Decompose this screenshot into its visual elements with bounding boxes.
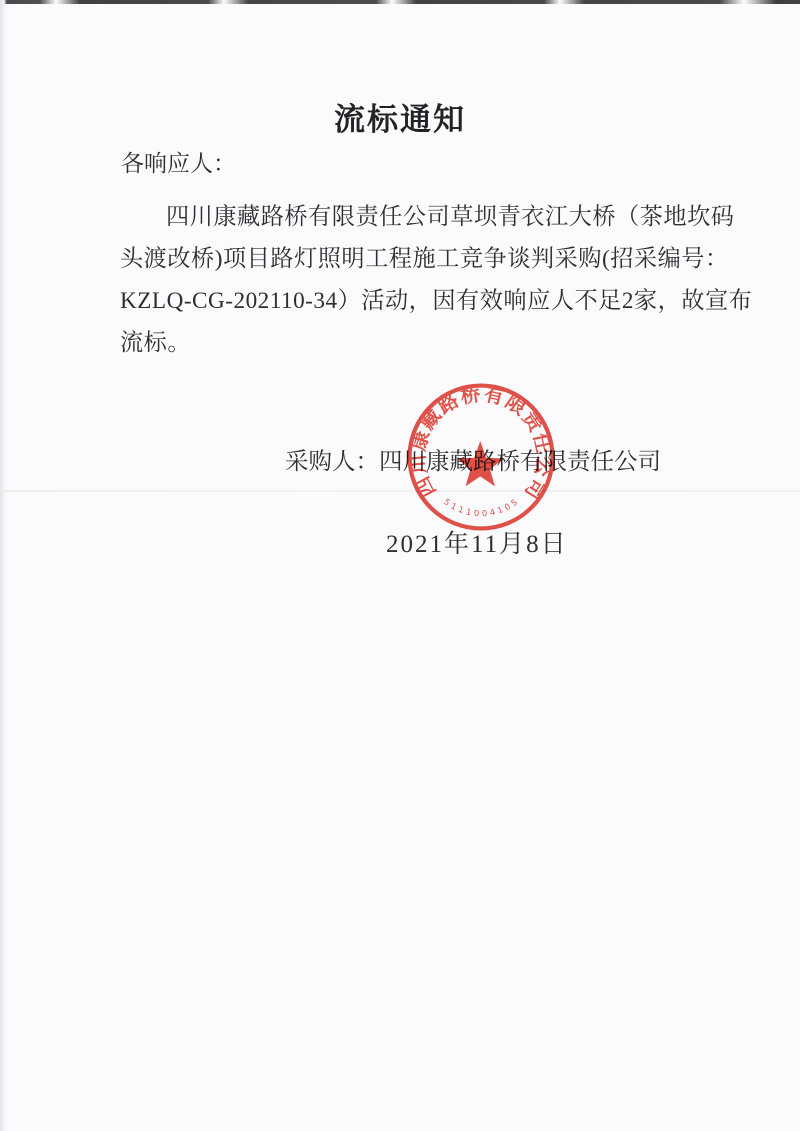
seal-company-name-arc: 四川康藏路桥有限责任公司 — [407, 382, 556, 504]
body-line-3: KZLQ-CG-202110-34）活动，因有效响应人不足2家，故宣布 — [120, 280, 706, 322]
seal-code-arc: 5111004105 — [442, 495, 521, 518]
notice-body: 四川康藏路桥有限责任公司草坝青衣江大桥（茶地坎码 头渡改桥)项目路灯照明工程施工… — [120, 196, 706, 364]
seal-star-icon — [456, 441, 504, 486]
company-seal-stamp: 四川康藏路桥有限责任公司 5111004105 — [403, 381, 559, 533]
seal-graphic: 四川康藏路桥有限责任公司 5111004105 — [403, 381, 559, 533]
date-line: 2021年11月8日 — [386, 528, 568, 562]
body-line-1: 四川康藏路桥有限责任公司草坝青衣江大桥（茶地坎码 — [120, 196, 706, 238]
paper-fold-line — [0, 490, 800, 492]
scanned-notice-page: 流标通知 各响应人： 四川康藏路桥有限责任公司草坝青衣江大桥（茶地坎码 头渡改桥… — [0, 0, 800, 1131]
scan-left-edge-artifact — [0, 0, 7, 1131]
salutation-line: 各响应人： — [121, 148, 236, 180]
scan-top-edge-artifact — [0, 0, 800, 4]
notice-title: 流标通知 — [0, 100, 800, 140]
body-line-4: 流标。 — [120, 322, 706, 364]
body-line-2: 头渡改桥)项目路灯照明工程施工竞争谈判采购(招采编号： — [120, 238, 706, 280]
